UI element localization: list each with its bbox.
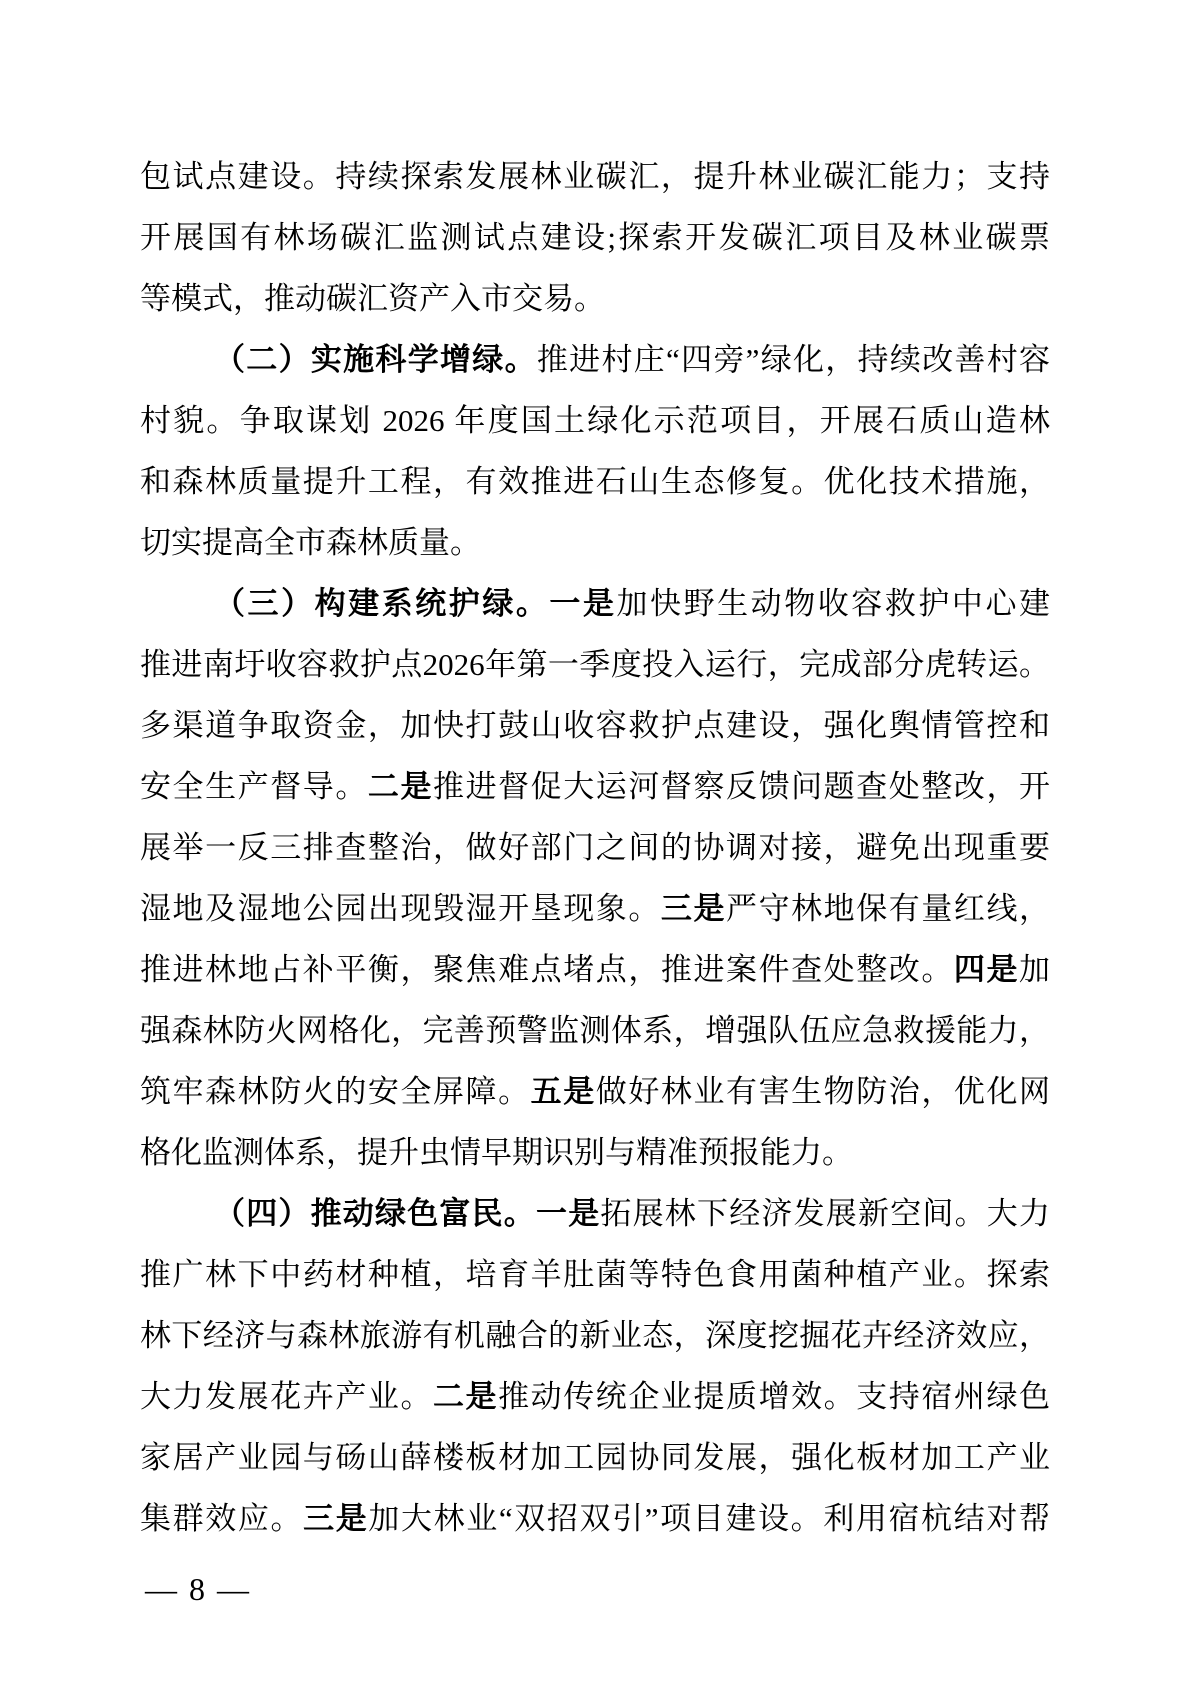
paragraph: 包试点建设。持续探索发展林业碳汇，提升林业碳汇能力；支持开展国有林场碳汇监测试点… (140, 146, 1050, 329)
text-line: （四）推动绿色富民。一是拓展林下经济发展新空间。大力 (140, 1183, 1050, 1244)
text-line: 开展国有林场碳汇监测试点建设;探索开发碳汇项目及林业碳票 (140, 207, 1050, 268)
text-line: 推进林地占补平衡，聚焦难点堵点，推进案件查处整改。四是加 (140, 939, 1050, 1000)
body-text: 和森林质量提升工程，有效推进石山生态修复。优化技术措施， (140, 464, 1050, 499)
paragraph: （二）实施科学增绿。推进村庄“四旁”绿化，持续改善村容村貌。争取谋划 2026 … (140, 329, 1050, 573)
emphasis-text: （三）构建系统护绿。一是 (214, 586, 617, 621)
page-number: — 8 — (145, 1571, 251, 1607)
body-text: 家居产业园与砀山薛楼板材加工园协同发展，强化板材加工产业 (140, 1440, 1050, 1475)
body-text: 加大林业“双招双引”项目建设。利用宿杭结对帮 (368, 1501, 1050, 1536)
body-text: 展举一反三排查整治，做好部门之间的协调对接，避免出现重要 (140, 830, 1050, 865)
text-line: 林下经济与森林旅游有机融合的新业态，深度挖掘花卉经济效应， (140, 1305, 1050, 1366)
text-line: 格化监测体系，提升虫情早期识别与精准预报能力。 (140, 1122, 1050, 1183)
body-text: 加 (1019, 952, 1050, 987)
body-text: 推动传统企业提质增效。支持宿州绿色 (498, 1379, 1050, 1414)
emphasis-text: 四是 (954, 952, 1019, 987)
body-text: 推进督促大运河督察反馈问题查处整改，开 (433, 769, 1050, 804)
text-line: 村貌。争取谋划 2026 年度国土绿化示范项目，开展石质山造林 (140, 390, 1050, 451)
body-text: 包试点建设。持续探索发展林业碳汇，提升林业碳汇能力；支持 (140, 159, 1050, 194)
paragraph: （四）推动绿色富民。一是拓展林下经济发展新空间。大力推广林下中药材种植，培育羊肚… (140, 1183, 1050, 1549)
body-text: 严守林地保有量红线， (726, 891, 1050, 926)
body-text: 林下经济与森林旅游有机融合的新业态，深度挖掘花卉经济效应， (140, 1318, 1050, 1353)
document-page: 包试点建设。持续探索发展林业碳汇，提升林业碳汇能力；支持开展国有林场碳汇监测试点… (0, 0, 1190, 1683)
emphasis-text: （四）推动绿色富民。一是 (214, 1196, 600, 1231)
text-line: 展举一反三排查整治，做好部门之间的协调对接，避免出现重要 (140, 817, 1050, 878)
text-line: 集群效应。三是加大林业“双招双引”项目建设。利用宿杭结对帮 (140, 1488, 1050, 1549)
text-line: 强森林防火网格化，完善预警监测体系，增强队伍应急救援能力， (140, 1000, 1050, 1061)
text-line: 安全生产督导。二是推进督促大运河督察反馈问题查处整改，开 (140, 756, 1050, 817)
document-body: 包试点建设。持续探索发展林业碳汇，提升林业碳汇能力；支持开展国有林场碳汇监测试点… (140, 146, 1050, 1549)
text-line: 切实提高全市森林质量。 (140, 512, 1050, 573)
body-text: 多渠道争取资金，加快打鼓山收容救护点建设，强化舆情管控和 (140, 708, 1050, 743)
text-line: 包试点建设。持续探索发展林业碳汇，提升林业碳汇能力；支持 (140, 146, 1050, 207)
emphasis-text: 三是 (303, 1501, 368, 1536)
text-line: 家居产业园与砀山薛楼板材加工园协同发展，强化板材加工产业 (140, 1427, 1050, 1488)
body-text: 安全生产督导。 (140, 769, 368, 804)
body-text: 做好林业有害生物防治，优化网 (596, 1074, 1050, 1109)
body-text: 等模式，推动碳汇资产入市交易。 (140, 281, 605, 316)
text-line: （三）构建系统护绿。一是加快野生动物收容救护中心建设， (140, 573, 1050, 634)
text-line: 多渠道争取资金，加快打鼓山收容救护点建设，强化舆情管控和 (140, 695, 1050, 756)
emphasis-text: （二）实施科学增绿。 (214, 342, 537, 377)
body-text: 集群效应。 (140, 1501, 303, 1536)
text-line: 推进南圩收容救护点2026年第一季度投入运行，完成部分虎转运。 (140, 634, 1050, 695)
body-text: 筑牢森林防火的安全屏障。 (140, 1074, 531, 1109)
text-line: 湿地及湿地公园出现毁湿开垦现象。三是严守林地保有量红线， (140, 878, 1050, 939)
text-line: 等模式，推动碳汇资产入市交易。 (140, 268, 1050, 329)
text-line: 和森林质量提升工程，有效推进石山生态修复。优化技术措施， (140, 451, 1050, 512)
text-line: 大力发展花卉产业。二是推动传统企业提质增效。支持宿州绿色 (140, 1366, 1050, 1427)
text-line: （二）实施科学增绿。推进村庄“四旁”绿化，持续改善村容 (140, 329, 1050, 390)
body-text: 大力发展花卉产业。 (140, 1379, 433, 1414)
body-text: 拓展林下经济发展新空间。大力 (600, 1196, 1050, 1231)
body-text: 推进村庄“四旁”绿化，持续改善村容 (537, 342, 1050, 377)
page-footer: — 8 — (145, 1570, 251, 1608)
emphasis-text: 二是 (433, 1379, 498, 1414)
emphasis-text: 五是 (531, 1074, 596, 1109)
body-text: 湿地及湿地公园出现毁湿开垦现象。 (140, 891, 661, 926)
body-text: 推广林下中药材种植，培育羊肚菌等特色食用菌种植产业。探索 (140, 1257, 1050, 1292)
body-text: 格化监测体系，提升虫情早期识别与精准预报能力。 (140, 1135, 853, 1170)
emphasis-text: 二是 (368, 769, 433, 804)
text-line: 筑牢森林防火的安全屏障。五是做好林业有害生物防治，优化网 (140, 1061, 1050, 1122)
emphasis-text: 三是 (661, 891, 726, 926)
body-text: 村貌。争取谋划 2026 年度国土绿化示范项目，开展石质山造林 (140, 403, 1050, 438)
paragraph: （三）构建系统护绿。一是加快野生动物收容救护中心建设，推进南圩收容救护点2026… (140, 573, 1050, 1183)
text-line: 推广林下中药材种植，培育羊肚菌等特色食用菌种植产业。探索 (140, 1244, 1050, 1305)
body-text: 开展国有林场碳汇监测试点建设;探索开发碳汇项目及林业碳票 (140, 220, 1050, 255)
body-text: 推进南圩收容救护点2026年第一季度投入运行，完成部分虎转运。 (140, 647, 1050, 682)
body-text: 强森林防火网格化，完善预警监测体系，增强队伍应急救援能力， (140, 1013, 1050, 1048)
body-text: 推进林地占补平衡，聚焦难点堵点，推进案件查处整改。 (140, 952, 954, 987)
body-text: 切实提高全市森林质量。 (140, 525, 481, 560)
